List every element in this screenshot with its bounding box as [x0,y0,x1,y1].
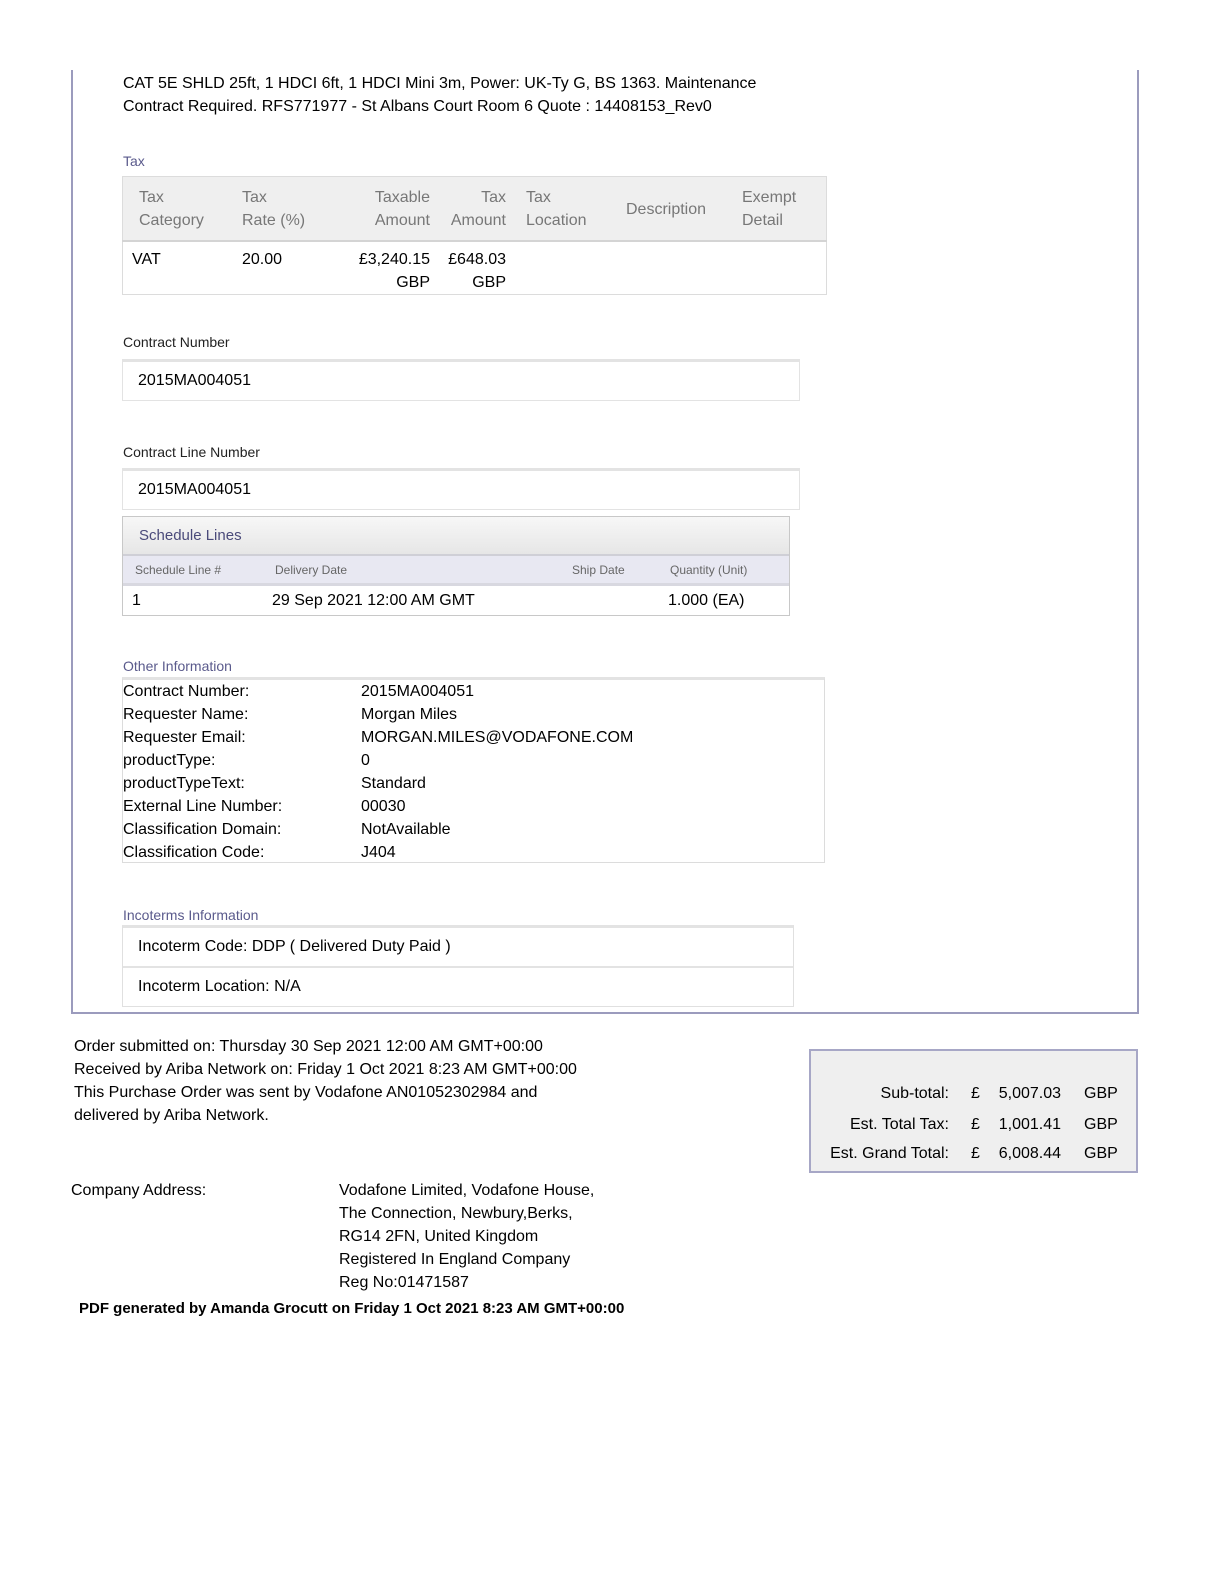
col-tax-amount: TaxAmount [438,177,514,242]
col-tax-location: TaxLocation [514,177,610,242]
col-description: Description [610,177,726,242]
total-tax-label: Est. Total Tax: [850,1110,949,1140]
total-tax-currency: GBP [1084,1110,1118,1140]
address-line: Registered In England Company [339,1248,639,1271]
address-line: Vodafone Limited, Vodafone House, [339,1179,639,1202]
grand-total-label: Est. Grand Total: [830,1139,949,1169]
contract-line-number-label: Contract Line Number [123,444,260,460]
tax-exempt-detail [726,241,827,295]
schedule-lines-header: Schedule Line # Delivery Date Ship Date … [123,556,789,586]
contract-number-field: 2015MA004051 [122,359,800,401]
col-tax-rate: TaxRate (%) [233,177,344,242]
order-sent-by: This Purchase Order was sent by Vodafone… [74,1081,674,1104]
grand-total-amount: 6,008.44 [999,1139,1061,1169]
subtotal-symbol: £ [971,1079,980,1109]
other-information-title: Other Information [123,658,232,674]
tax-location [514,241,610,295]
schedule-lines-panel: Schedule Lines Schedule Line # Delivery … [122,516,790,616]
incoterms-title: Incoterms Information [123,907,258,923]
col-ship-date: Ship Date [572,563,625,577]
tax-description [610,241,726,295]
other-information-table: Contract Number:2015MA004051 Requester N… [122,677,825,863]
contract-line-number-field: 2015MA004051 [122,468,800,510]
item-description: CAT 5E SHLD 25ft, 1 HDCI 6ft, 1 HDCI Min… [123,72,823,118]
grand-total-currency: GBP [1084,1139,1118,1169]
totals-box: Sub-total: £ 5,007.03 GBP Est. Total Tax… [809,1049,1138,1173]
order-delivered-by: delivered by Ariba Network. [74,1104,674,1127]
col-exempt-detail: ExemptDetail [726,177,827,242]
company-address-label: Company Address: [71,1179,206,1202]
tax-header-row: TaxCategory TaxRate (%) TaxableAmount Ta… [123,177,827,242]
tax-row: VAT 20.00 £3,240.15GBP £648.03GBP [123,241,827,295]
delivery-date: 29 Sep 2021 12:00 AM GMT [272,592,475,610]
address-line: RG14 2FN, United Kingdom [339,1225,639,1248]
tax-section-title: Tax [123,153,145,169]
order-footer: Order submitted on: Thursday 30 Sep 2021… [74,1035,674,1127]
tax-amount: £648.03GBP [438,241,514,295]
tax-rate: 20.00 [233,241,344,295]
grand-total-symbol: £ [971,1139,980,1169]
subtotal-label: Sub-total: [881,1079,949,1109]
schedule-line-row: 1 29 Sep 2021 12:00 AM GMT 1.000 (EA) [123,586,789,615]
contract-number-label: Contract Number [123,334,230,350]
company-address: Vodafone Limited, Vodafone House, The Co… [339,1179,639,1294]
schedule-lines-title: Schedule Lines [123,517,789,556]
taxable-amount: £3,240.15GBP [344,241,438,295]
incoterm-code: Incoterm Code: DDP ( Delivered Duty Paid… [123,928,793,966]
subtotal-currency: GBP [1084,1079,1118,1109]
total-tax-amount: 1,001.41 [999,1110,1061,1140]
col-schedule-line: Schedule Line # [135,563,221,577]
col-delivery-date: Delivery Date [275,563,347,577]
incoterm-location: Incoterm Location: N/A [123,966,793,1006]
col-taxable-amount: TaxableAmount [344,177,438,242]
col-quantity: Quantity (Unit) [670,563,747,577]
total-tax-symbol: £ [971,1110,980,1140]
quantity: 1.000 (EA) [668,592,744,610]
subtotal-amount: 5,007.03 [999,1079,1061,1109]
incoterms-panel: Incoterm Code: DDP ( Delivered Duty Paid… [122,925,794,1007]
tax-table: TaxCategory TaxRate (%) TaxableAmount Ta… [122,176,827,295]
address-line: The Connection, Newbury,Berks, [339,1202,639,1225]
col-tax-category: TaxCategory [123,177,234,242]
description-line: CAT 5E SHLD 25ft, 1 HDCI 6ft, 1 HDCI Min… [123,72,823,95]
tax-category: VAT [123,241,234,295]
schedule-line-number: 1 [132,592,141,610]
description-line: Contract Required. RFS771977 - St Albans… [123,95,823,118]
order-submitted: Order submitted on: Thursday 30 Sep 2021… [74,1035,674,1058]
pdf-generated-note: PDF generated by Amanda Grocutt on Frida… [79,1300,624,1317]
address-line: Reg No:01471587 [339,1271,639,1294]
order-received: Received by Ariba Network on: Friday 1 O… [74,1058,674,1081]
